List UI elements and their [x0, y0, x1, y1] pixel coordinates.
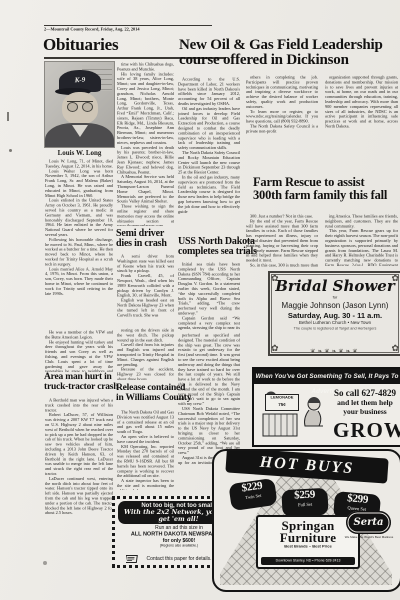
- oil-gas-headline: New Oil & Gas Field Leadership course of…: [179, 38, 399, 69]
- scan-artifact: [7, 112, 9, 121]
- grow-line3: your business: [333, 407, 397, 416]
- grow-big-word: GROW: [333, 418, 397, 443]
- glasses-lens: [67, 102, 78, 112]
- flower-ornament-icon: ✿: [271, 274, 279, 283]
- semi-col: A semi driver from Washington state was …: [117, 254, 174, 326]
- farm-headline-line2: 300th farm family this fall: [253, 189, 399, 202]
- oil-gas-col1: According to the U.S. Department of Labo…: [178, 77, 240, 233]
- masthead-rule: [44, 25, 212, 26]
- obituary-col2: time with his Chihuahua dogs, Peanuts an…: [117, 62, 174, 226]
- bridal-datetime: Saturday, Aug. 30 - 11 a.m.: [270, 311, 400, 320]
- bridal-registry: The couple is registered at Target and H…: [270, 326, 400, 331]
- shirt-collar: [72, 125, 88, 137]
- farm-headline-line1: Farm Rescue to assist: [253, 176, 399, 189]
- jacket: [45, 123, 114, 147]
- obituaries-section-title: Obituaries: [43, 36, 118, 54]
- semi-headline-line2: dies in crash: [116, 239, 167, 249]
- lemonade-sign: LEMONADE 75¢: [265, 394, 299, 411]
- cap-text: K-9: [59, 75, 101, 85]
- store-name-box: Springan Furniture Best Brands – Best Pr…: [256, 515, 360, 569]
- store-tagline: Best Brands – Best Price: [258, 544, 358, 549]
- furniture-ad: HOT BUYS $229 Twin Set $259 Full Set $29…: [212, 449, 400, 592]
- uss-col: Initial sea trials have been completed b…: [178, 262, 240, 330]
- bridal-location: Bethel Lutheran Church • New Town: [270, 320, 400, 325]
- store-name-line2: Furniture: [258, 532, 358, 544]
- bridal-title: Bridal Shower: [270, 277, 400, 295]
- scan-artifact: [9, 149, 12, 152]
- oil-gas-col3: organization supported through grants, d…: [325, 75, 398, 172]
- store-address-bar: Downtown Stanley, ND • Phone 628-2413: [261, 557, 355, 565]
- network-body-line5: Contact this paper for details.: [143, 556, 215, 562]
- vine-ornament-icon: ❦❧❦❧❦❧❦: [284, 349, 386, 355]
- release-headline-line2: in Williams County: [116, 394, 191, 404]
- masthead-text: 2—Mountrail County Record, Friday, Aug. …: [44, 27, 256, 32]
- lemonade-sign-line2: 75¢: [266, 402, 298, 407]
- grow-line2: and let them help: [333, 398, 397, 407]
- flower-ornament-icon: ✿: [271, 344, 279, 353]
- farm-col1: 300. Just a number? Not in this case.By …: [246, 214, 318, 268]
- obituary-col1-cont: He was a member of the VFW and the Butte…: [45, 330, 113, 372]
- advertise-grow-ad: When You've Got Something To Sell, It Pa…: [252, 367, 400, 447]
- serta-logo: Serta: [346, 511, 391, 534]
- obituary-photo-caption: Louis W. Long: [45, 149, 114, 157]
- bridal-for-label: for: [270, 295, 400, 300]
- store-address: Downtown Stanley, ND • Phone 628-2413: [261, 557, 355, 565]
- release-col: The North Dakota Oil and Gas Division wa…: [117, 410, 174, 490]
- price-tag-full: $259 Full Set: [281, 488, 328, 517]
- obituary-photo: K-9: [45, 62, 114, 147]
- uss-headline-line2: completes sea trials: [178, 247, 257, 257]
- area-man-headline: Area man hurt in truck-tractor crash: [44, 373, 118, 393]
- newspaper-icon: [126, 554, 138, 563]
- semi-col-cont: resting on the drivers side in the west …: [117, 328, 174, 380]
- bridal-shower-ad: ✿ ✿ ✿ ✿ ❦❧❦❧❦❧❦ Bridal Shower for Maggie…: [268, 271, 400, 356]
- release-headline: Release contained in Williams County: [116, 384, 191, 404]
- oil-gas-col2: others in completing the job. Participan…: [246, 75, 318, 172]
- grow-phone-line: So call 627-4829: [333, 388, 397, 398]
- glasses-lens: [82, 102, 93, 112]
- bridal-names: Maggie Johnson (Jason Lynn): [270, 301, 400, 310]
- flower-ornament-icon: ✿: [391, 344, 399, 353]
- face: [62, 92, 98, 124]
- farm-col2: ing America. These families are friends,…: [325, 214, 398, 266]
- newspaper-page: 2—Mountrail County Record, Friday, Aug. …: [0, 0, 400, 600]
- serta-tagline: We Make The World's Best Mattress: [344, 536, 394, 542]
- price-label: Full Set: [282, 501, 328, 508]
- lemonade-stand-cartoon: LEMONADE 75¢: [257, 386, 333, 440]
- uss-headline: USS North Dakota completes sea trials: [178, 237, 257, 258]
- lemonade-sign-line1: LEMONADE: [266, 395, 298, 400]
- farm-headline: Farm Rescue to assist 300th farm family …: [253, 176, 399, 202]
- grow-ad-header: When You've Got Something To Sell, It Pa…: [254, 369, 400, 384]
- area-man-headline-line2: truck-tractor crash: [44, 383, 118, 393]
- flower-ornament-icon: ✿: [391, 274, 399, 283]
- semi-headline: Semi driver dies in crash: [116, 229, 167, 250]
- area-man-col: A Berthold man was injured when a truck …: [45, 398, 113, 566]
- glasses-icon: [67, 101, 93, 111]
